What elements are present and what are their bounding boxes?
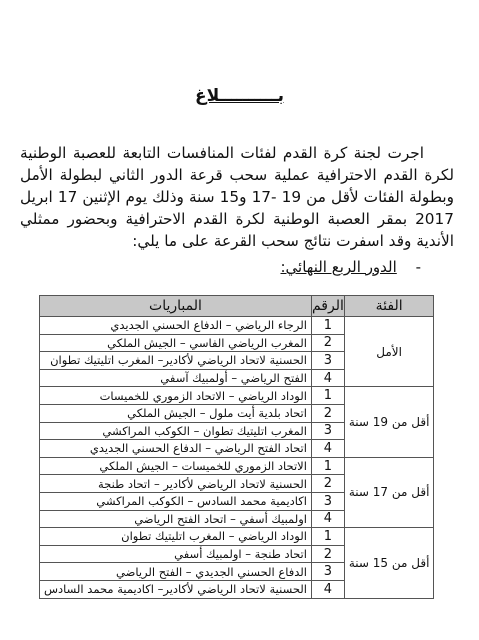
match-cell: الحسنية لاتحاد الرياضي لأكادير– اكاديمية… bbox=[40, 580, 312, 598]
match-number: 2 bbox=[311, 404, 344, 422]
match-number: 4 bbox=[311, 369, 344, 387]
match-cell: اتحاد بلدية أيت ملول – الجيش الملكي bbox=[40, 404, 312, 422]
match-number: 1 bbox=[311, 317, 344, 335]
match-number: 4 bbox=[311, 440, 344, 458]
header-number: الرقم bbox=[311, 296, 344, 317]
match-cell: الوداد الرياضي – المغرب اتليتيك تطوان bbox=[40, 528, 312, 546]
category-cell: أقل من 19 سنة bbox=[344, 387, 434, 457]
table-row: أقل من 19 سنة 1 الوداد الرياضي – الاتحاد… bbox=[40, 387, 434, 405]
match-cell: الحسنية لاتحاد الرياضي لأكادير – اتحاد ط… bbox=[40, 475, 312, 493]
match-cell: اولمبيك أسفي – اتحاد الفتح الرياضي bbox=[40, 510, 312, 528]
match-cell: الاتحاد الزموري للخميسات – الجيش الملكي bbox=[40, 457, 312, 475]
match-number: 1 bbox=[311, 457, 344, 475]
match-cell: الحسنية لاتحاد الرياضي لأكادير– المغرب ا… bbox=[40, 352, 312, 370]
draw-results-table: الفئة الرقم المباريات الأمل 1 الرجاء الر… bbox=[39, 295, 434, 599]
match-cell: اكاديمية محمد السادس – الكوكب المراكشي bbox=[40, 492, 312, 510]
category-cell: أقل من 15 سنة bbox=[344, 528, 434, 598]
table-row: الأمل 1 الرجاء الرياضي – الدفاع الحسني ا… bbox=[40, 317, 434, 335]
title-text: بــــــــــلاغ bbox=[195, 86, 284, 106]
match-number: 3 bbox=[311, 492, 344, 510]
match-cell: اتحاد الفتح الرياضي – الدفاع الحسني الجد… bbox=[40, 440, 312, 458]
match-number: 3 bbox=[311, 352, 344, 370]
match-number: 2 bbox=[311, 334, 344, 352]
document-title: بــــــــــلاغ bbox=[0, 86, 479, 106]
match-number: 3 bbox=[311, 563, 344, 581]
header-matches: المباريات bbox=[40, 296, 312, 317]
paragraph-text: اجرت لجنة كرة القدم لفئات المنافسات التا… bbox=[20, 144, 454, 250]
match-cell: اتحاد طنجة – اولمبيك أسفي bbox=[40, 545, 312, 563]
match-cell: الوداد الرياضي – الاتحاد الزموري للخميسا… bbox=[40, 387, 312, 405]
match-cell: المغرب الرياضي الفاسي – الجيش الملكي bbox=[40, 334, 312, 352]
match-cell: الرجاء الرياضي – الدفاع الحسني الجديدي bbox=[40, 317, 312, 335]
category-cell: الأمل bbox=[344, 317, 434, 387]
section-label: الدور الربع النهائي: bbox=[281, 258, 397, 276]
category-cell: أقل من 17 سنة bbox=[344, 457, 434, 527]
match-cell: الدفاع الحسني الجديدي – الفتح الرياضي bbox=[40, 563, 312, 581]
match-number: 1 bbox=[311, 387, 344, 405]
bullet-dash: - bbox=[416, 258, 421, 276]
announcement-paragraph: اجرت لجنة كرة القدم لفئات المنافسات التا… bbox=[20, 142, 454, 252]
match-number: 2 bbox=[311, 545, 344, 563]
match-number: 1 bbox=[311, 528, 344, 546]
match-number: 2 bbox=[311, 475, 344, 493]
match-cell: الفتح الرياضي – أولمبيك آسفي bbox=[40, 369, 312, 387]
header-category: الفئة bbox=[344, 296, 434, 317]
table-header-row: الفئة الرقم المباريات bbox=[40, 296, 434, 317]
match-number: 3 bbox=[311, 422, 344, 440]
match-cell: المغرب اتليتيك تطوان – الكوكب المراكشي bbox=[40, 422, 312, 440]
table-row: أقل من 17 سنة 1 الاتحاد الزموري للخميسات… bbox=[40, 457, 434, 475]
match-number: 4 bbox=[311, 580, 344, 598]
match-number: 4 bbox=[311, 510, 344, 528]
table-row: أقل من 15 سنة 1 الوداد الرياضي – المغرب … bbox=[40, 528, 434, 546]
section-heading: - الدور الربع النهائي: bbox=[281, 258, 422, 276]
